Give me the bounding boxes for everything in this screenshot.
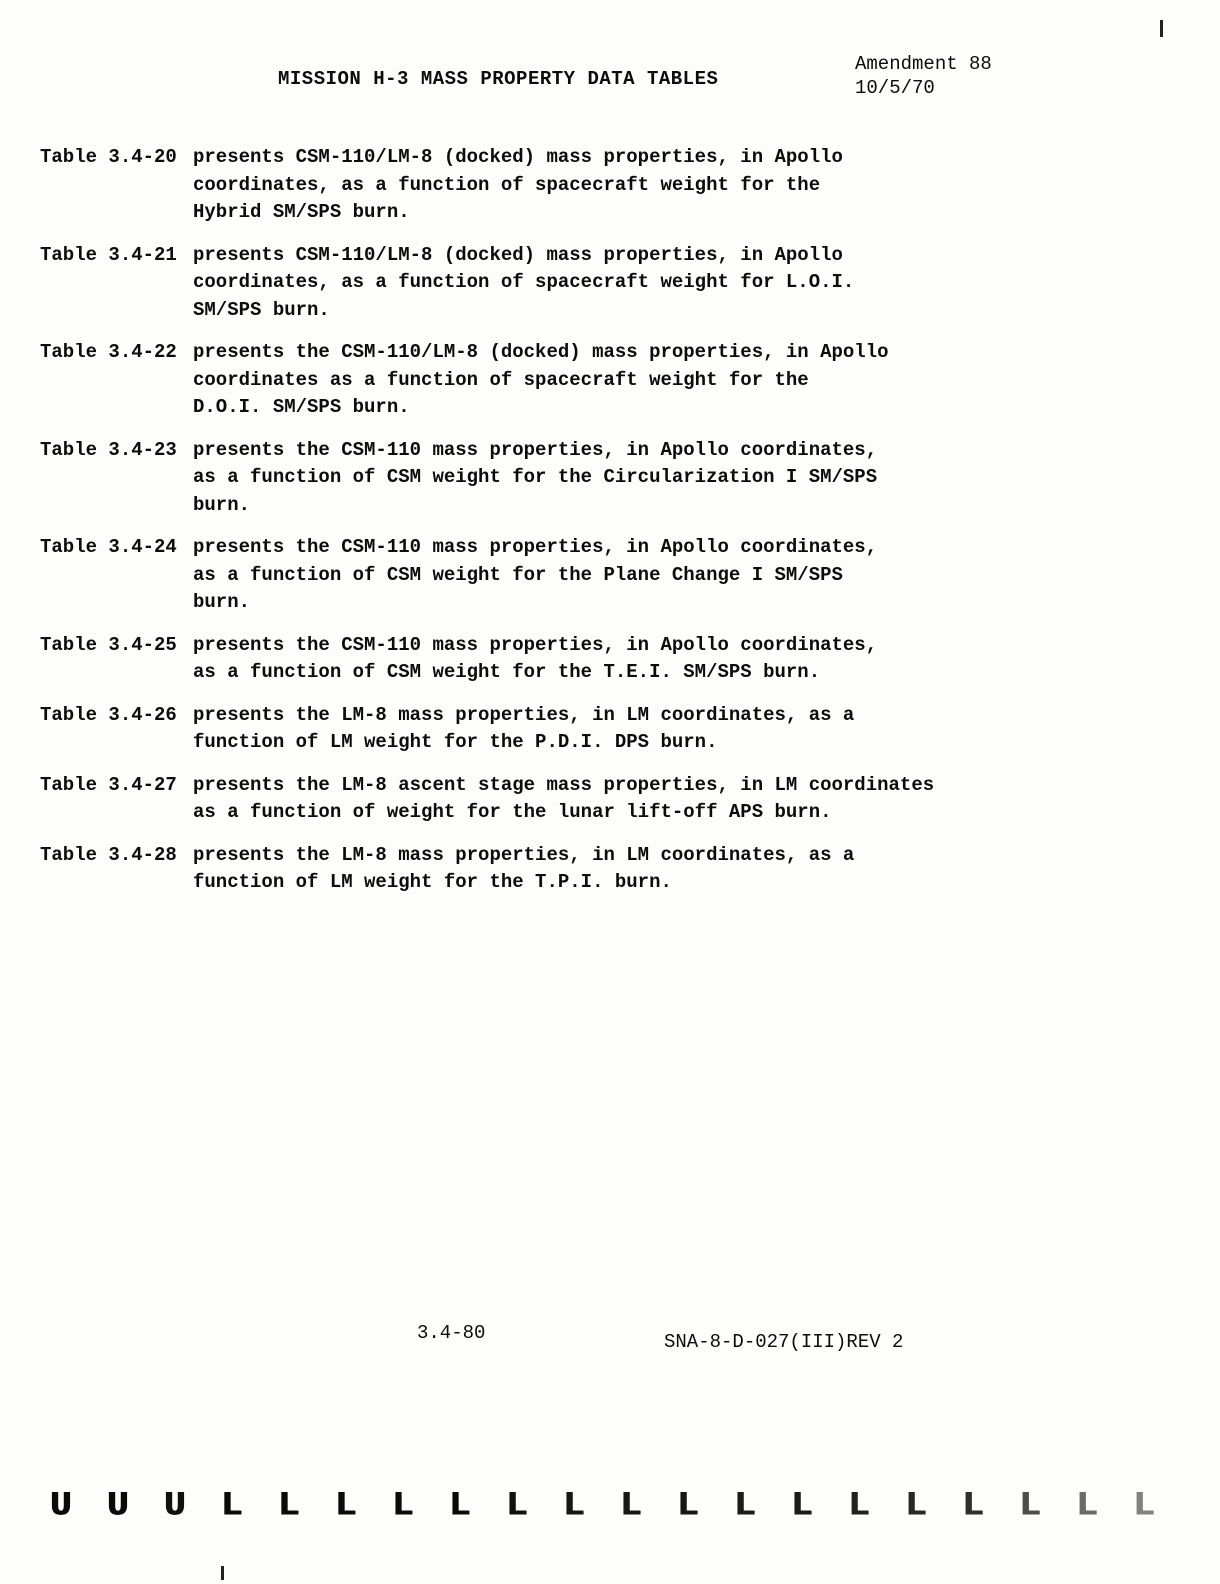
- scan-mark: L: [1076, 1489, 1098, 1523]
- scan-mark: L: [734, 1489, 756, 1523]
- scan-mark: U: [164, 1489, 186, 1523]
- scan-tick-bottom: [221, 1566, 224, 1580]
- table-entry-description: presents CSM-110/LM-8 (docked) mass prop…: [193, 242, 854, 325]
- table-entry-label: Table 3.4-28: [40, 842, 193, 870]
- table-entry-label: Table 3.4-21: [40, 242, 193, 270]
- table-entry-label: Table 3.4-23: [40, 437, 193, 465]
- table-entry-label: Table 3.4-20: [40, 144, 193, 172]
- table-entry-label: Table 3.4-26: [40, 702, 193, 730]
- table-entry: Table 3.4-27 presents the LM-8 ascent st…: [40, 772, 1050, 827]
- table-entry: Table 3.4-25 presents the CSM-110 mass p…: [40, 632, 1050, 687]
- page-title: MISSION H-3 MASS PROPERTY DATA TABLES: [278, 68, 718, 90]
- scan-mark: L: [563, 1489, 585, 1523]
- scan-mark: L: [962, 1489, 984, 1523]
- table-entry-description: presents the CSM-110/LM-8 (docked) mass …: [193, 339, 889, 422]
- scan-mark: L: [677, 1489, 699, 1523]
- scan-tick-top-right: [1160, 20, 1163, 37]
- table-entry: Table 3.4-26 presents the LM-8 mass prop…: [40, 702, 1050, 757]
- table-entry: Table 3.4-24 presents the CSM-110 mass p…: [40, 534, 1050, 617]
- table-entry-description: presents the LM-8 ascent stage mass prop…: [193, 772, 934, 827]
- table-entries-list: Table 3.4-20 presents CSM-110/LM-8 (dock…: [40, 144, 1050, 912]
- document-page: MISSION H-3 MASS PROPERTY DATA TABLES Am…: [0, 0, 1220, 1584]
- scan-marks-row: UUULLLLLLLLLLLLLLLLL: [50, 1488, 1155, 1524]
- amendment-date: 10/5/70: [855, 76, 992, 100]
- amendment-block: Amendment 88 10/5/70: [855, 52, 992, 100]
- table-entry-description: presents CSM-110/LM-8 (docked) mass prop…: [193, 144, 843, 227]
- table-entry-description: presents the CSM-110 mass properties, in…: [193, 632, 877, 687]
- table-entry-label: Table 3.4-22: [40, 339, 193, 367]
- page-number: 3.4-80: [417, 1322, 485, 1344]
- scan-mark: L: [1019, 1489, 1041, 1523]
- scan-mark: L: [392, 1489, 414, 1523]
- scan-mark: L: [620, 1489, 642, 1523]
- scan-mark: L: [1133, 1489, 1155, 1523]
- amendment-number: Amendment 88: [855, 52, 992, 76]
- table-entry-label: Table 3.4-25: [40, 632, 193, 660]
- scan-mark: L: [905, 1489, 927, 1523]
- table-entry-label: Table 3.4-27: [40, 772, 193, 800]
- table-entry: Table 3.4-28 presents the LM-8 mass prop…: [40, 842, 1050, 897]
- table-entry-description: presents the CSM-110 mass properties, in…: [193, 437, 877, 520]
- table-entry-description: presents the LM-8 mass properties, in LM…: [193, 842, 854, 897]
- scan-mark: L: [506, 1489, 528, 1523]
- scan-mark: L: [221, 1489, 243, 1523]
- scan-mark: L: [335, 1489, 357, 1523]
- table-entry: Table 3.4-20 presents CSM-110/LM-8 (dock…: [40, 144, 1050, 227]
- scan-mark: L: [848, 1489, 870, 1523]
- document-id: SNA-8-D-027(III)REV 2: [664, 1331, 903, 1353]
- scan-mark: U: [50, 1489, 72, 1523]
- scan-mark: U: [107, 1489, 129, 1523]
- table-entry: Table 3.4-21 presents CSM-110/LM-8 (dock…: [40, 242, 1050, 325]
- table-entry-description: presents the LM-8 mass properties, in LM…: [193, 702, 854, 757]
- table-entry-description: presents the CSM-110 mass properties, in…: [193, 534, 877, 617]
- table-entry: Table 3.4-23 presents the CSM-110 mass p…: [40, 437, 1050, 520]
- table-entry: Table 3.4-22 presents the CSM-110/LM-8 (…: [40, 339, 1050, 422]
- table-entry-label: Table 3.4-24: [40, 534, 193, 562]
- scan-mark: L: [449, 1489, 471, 1523]
- scan-mark: L: [791, 1489, 813, 1523]
- scan-mark: L: [278, 1489, 300, 1523]
